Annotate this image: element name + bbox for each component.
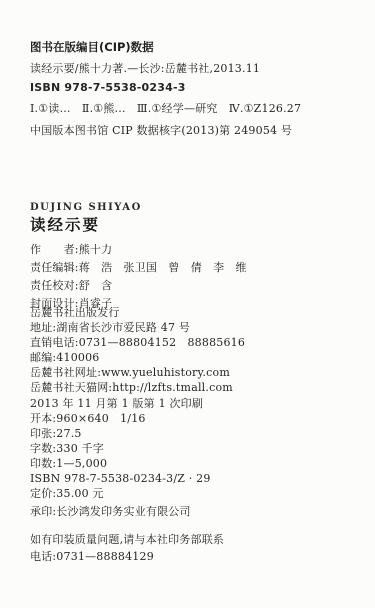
printing-info-block: 2013 年 11 月第 1 版第 1 次印刷 开本:960×640 1/16 … — [30, 397, 361, 502]
publisher-block: 岳麓书社出版发行 地址:湖南省长沙市爱民路 47 号 直销电话:0731—888… — [30, 306, 361, 396]
copyright-page: 图书在版编目(CIP)数据 读经示要/熊十力著.—长沙:岳麓书社,2013.11… — [0, 0, 375, 608]
printer-line: 承印:长沙鸿发印务实业有限公司 — [30, 505, 361, 519]
publisher-website-line: 岳麓书社网址:www.yueluhistory.com — [30, 366, 361, 380]
cip-title-line: 读经示要/熊十力著.—长沙:岳麓书社,2013.11 — [30, 62, 361, 76]
credit-proofreader-line: 责任校对:舒 含 — [30, 279, 361, 293]
book-title: 读经示要 — [30, 217, 361, 234]
edition-line: 2013 年 11 月第 1 版第 1 次印刷 — [30, 397, 361, 411]
cip-data-block: 图书在版编目(CIP)数据 读经示要/熊十力著.—长沙:岳麓书社,2013.11… — [30, 40, 361, 138]
isbn-price-line: ISBN 978-7-5538-0234-3/Z · 29 — [30, 472, 361, 486]
publisher-postcode-line: 邮编:410006 — [30, 351, 361, 365]
sheets-line: 印张:27.5 — [30, 427, 361, 441]
word-count-line: 字数:330 千字 — [30, 442, 361, 456]
format-line: 开本:960×640 1/16 — [30, 412, 361, 426]
cip-isbn-line: ISBN 978-7-5538-0234-3 — [30, 81, 361, 95]
cip-classification-line: Ⅰ.①读… Ⅱ.①熊… Ⅲ.①经学—研究 Ⅳ.①Z126.27 — [30, 102, 361, 116]
quality-notice-block: 如有印装质量问题,请与本社印务部联系 电话:0731—88884129 — [30, 533, 361, 567]
print-run-line: 印数:1—5,000 — [30, 457, 361, 471]
price-line: 定价:35.00 元 — [30, 487, 361, 501]
publisher-tmall-line: 岳麓书社天猫网:http://lzfts.tmall.com — [30, 381, 361, 395]
title-block: DUJING SHIYAO 读经示要 作 者:熊十力 责任编辑:蒋 浩 张卫国 … — [30, 202, 361, 315]
publisher-phone-line: 直销电话:0731—88804152 88885616 — [30, 336, 361, 350]
quality-notice-line: 如有印装质量问题,请与本社印务部联系 — [30, 533, 361, 547]
credit-author-line: 作 者:熊十力 — [30, 243, 361, 257]
quality-phone-line: 电话:0731—88884129 — [30, 550, 361, 564]
pinyin-title: DUJING SHIYAO — [30, 202, 361, 213]
cip-record-number-line: 中国版本图书馆 CIP 数据核字(2013)第 249054 号 — [30, 124, 361, 138]
printer-block: 承印:长沙鸿发印务实业有限公司 — [30, 505, 361, 519]
publisher-address-line: 地址:湖南省长沙市爱民路 47 号 — [30, 321, 361, 335]
publisher-name-line: 岳麓书社出版发行 — [30, 306, 361, 320]
cip-heading: 图书在版编目(CIP)数据 — [30, 40, 361, 54]
credit-editors-line: 责任编辑:蒋 浩 张卫国 曾 倩 李 维 — [30, 261, 361, 275]
